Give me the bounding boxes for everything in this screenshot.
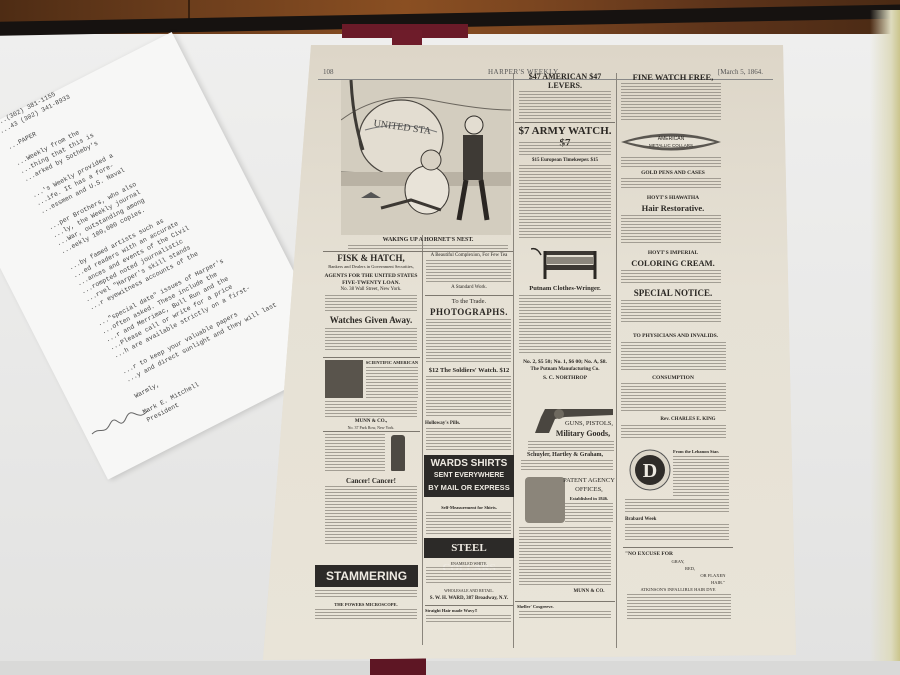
ad-body-text xyxy=(627,594,731,620)
microscope-engraving xyxy=(391,435,405,471)
column-rule xyxy=(513,73,514,648)
clothes-wringer-engraving xyxy=(531,245,601,283)
ad-body-text xyxy=(315,590,417,598)
ad-body-text xyxy=(325,401,417,417)
ad-body-text xyxy=(426,512,511,534)
newspaper-page: 108 HARPER'S WEEKLY. [March 5, 1864. UNI… xyxy=(263,45,796,660)
ad-body-text xyxy=(625,524,729,540)
page-number: 108 xyxy=(323,68,334,76)
column-rule xyxy=(422,235,423,645)
ad-atkinsons-dye: ATKINSON'S INFALLIBLE HAIR DYE xyxy=(625,587,731,592)
ad-military-goods: Military Goods, xyxy=(549,429,617,438)
banner-text: AMERICAN xyxy=(658,136,685,142)
ad-body-text xyxy=(426,260,511,282)
cartoon-caption-text xyxy=(348,245,508,250)
ad-no-excuse-flaxen: OR FLAXEN xyxy=(693,573,733,578)
ad-body-text xyxy=(621,342,726,372)
scientific-american-engraving xyxy=(325,360,363,398)
ad-watches-given-away: Watches Given Away. xyxy=(323,315,419,325)
ad-scientific-american: SCIENTIFIC AMERICAN xyxy=(365,360,419,365)
ad-fisk-hatch-line: FIVE-TWENTY LOAN. xyxy=(323,280,419,286)
ad-body-text xyxy=(625,499,729,513)
ad-wholesale-retail: WHOLESALE AND RETAIL. xyxy=(425,588,513,593)
ad-fisk-hatch-line: AGENTS FOR THE UNITED STATES xyxy=(323,273,419,279)
wards-shirts-heading: WARDS SHIRTS xyxy=(424,458,514,470)
ad-body-text xyxy=(621,300,721,322)
cartoon-illustration: UNITED STA xyxy=(341,80,511,235)
ad-wringer-prices: No. 2, $5 50; No. 1, $6 00; No. A, $8. xyxy=(515,359,615,365)
seal-letter: D xyxy=(643,460,657,482)
ad-brabard-week: Brabard Week xyxy=(625,517,665,522)
ad-body-text xyxy=(426,319,511,363)
wards-shirts-sub: SENT EVERYWHERE xyxy=(424,470,514,482)
ad-soldiers-watch: $12 The Soldiers' Watch. $12 xyxy=(425,367,513,374)
rule xyxy=(425,295,513,296)
cartoon-caption-title: WAKING UP A HORNET'S NEST. xyxy=(348,237,508,243)
ad-to-the-trade: To the Trade. xyxy=(425,298,513,305)
ad-sw-ward: S. W. H. WARD, 387 Broadway, N.Y. xyxy=(425,596,513,601)
ad-fisk-hatch-line: No. 38 Wall Street, New York. xyxy=(323,287,419,292)
ad-body-text xyxy=(565,503,613,523)
ad-stammering: STAMMERING xyxy=(315,565,418,587)
ad-american-levers-sub: LEVERS. xyxy=(515,81,615,90)
ad-holloways-pills: Holloway's Pills. xyxy=(425,421,465,426)
ad-beautiful-complexion: A Beautiful Complexion, For Few Tea xyxy=(425,253,513,258)
ad-body-text xyxy=(519,295,611,355)
ad-body-text xyxy=(315,609,417,619)
ad-fisk-hatch: FISK & HATCH, xyxy=(323,253,419,263)
ad-body-text xyxy=(519,165,611,240)
ad-body-text xyxy=(621,383,726,413)
ad-body-text xyxy=(519,527,611,587)
ad-schuyler-hartley: Schuyler, Hartley & Graham, xyxy=(515,452,615,458)
svg-text:METALLIC COLLARS: METALLIC COLLARS xyxy=(649,143,693,148)
ad-established: Established in 1846. xyxy=(563,496,615,501)
ad-hoyts-imperial: HOYT'S IMPERIAL xyxy=(618,250,728,256)
photo-scene: ...(302) 381-1155...43 (302) 341-8933 ..… xyxy=(0,0,900,675)
ad-no-excuse-gray: GRAY, xyxy=(663,559,693,564)
ad-cancer: Cancer! Cancer! xyxy=(323,477,419,485)
ad-no-excuse: "NO EXCUSE FOR xyxy=(625,551,695,557)
metallic-collars-banner: AMERICAN METALLIC COLLARS xyxy=(619,129,723,155)
ad-wards-shirts: WARDS SHIRTS SENT EVERYWHERE BY MAIL OR … xyxy=(424,455,514,497)
ad-body-text xyxy=(426,567,511,585)
rule xyxy=(623,547,733,548)
ad-body-text xyxy=(519,142,611,156)
mat-bottom-edge xyxy=(0,661,900,675)
patent-agency-engraving xyxy=(525,477,565,523)
ad-fine-watch-free: FINE WATCH FREE, xyxy=(618,72,728,82)
ad-guns-pistols: GUNS, PISTOLS, xyxy=(563,420,615,427)
ad-straight-hair: Straight Hair made Wavy!! xyxy=(425,608,485,613)
ad-physicians-invalids: TO PHYSICIANS AND INVALIDS. xyxy=(618,333,733,339)
ad-patent-agency: PATENT AGENCY xyxy=(563,477,615,484)
mat-right-edge xyxy=(870,10,900,675)
ad-microscope-text xyxy=(325,434,385,472)
ad-body-text xyxy=(426,615,511,623)
ad-body-text xyxy=(621,425,726,439)
ad-enameled-white: ENAMELED WHITE. xyxy=(425,561,513,566)
ad-body-text xyxy=(521,460,613,472)
seal-d-emblem: D xyxy=(629,449,671,491)
ad-special-notice: SPECIAL NOTICE. xyxy=(618,288,728,298)
signature-scribble xyxy=(90,408,150,438)
ad-body-text xyxy=(325,295,417,311)
ad-body-text xyxy=(673,456,729,496)
ad-body-text xyxy=(519,91,611,119)
ad-body-text xyxy=(325,486,417,544)
ad-body-text xyxy=(426,428,511,450)
ad-powers-microscope: THE POWERS MICROSCOPE. xyxy=(315,602,417,607)
wards-shirts-extra: BY MAIL OR EXPRESS xyxy=(424,482,514,494)
ad-body-text xyxy=(519,611,611,619)
ad-american-levers: $47 AMERICAN $47 xyxy=(515,72,615,81)
ad-body-text xyxy=(366,367,418,399)
ad-standard-work: A Standard Work. xyxy=(425,285,513,290)
column-rule xyxy=(616,73,617,648)
rule xyxy=(515,601,615,602)
ad-coloring-cream: COLORING CREAM. xyxy=(618,258,728,268)
ad-photographs: PHOTOGRAPHS. xyxy=(425,307,513,317)
ad-munn-co-address: No. 37 Park Row, New York. xyxy=(323,425,419,430)
ad-steel-collars: STEEL COLLARS xyxy=(424,538,514,558)
ad-no-excuse-red: RED, xyxy=(675,566,705,571)
ad-consumption: CONSUMPTION xyxy=(633,375,713,381)
ad-putnam-co: The Putnam Manufacturing Co. xyxy=(515,367,615,372)
ad-self-measurement: Self-Measurement for Shirts. xyxy=(425,505,513,510)
ad-sheller: Sheller' Cosgreeve. xyxy=(517,604,567,609)
ad-no-excuse-hair: HAIR." xyxy=(703,580,733,585)
ad-body-text xyxy=(621,83,721,121)
rule xyxy=(323,431,420,432)
ad-gold-pens: GOLD PENS AND CASES xyxy=(618,170,728,176)
ad-body-text xyxy=(325,328,417,352)
ad-munn-co-2: MUNN & CO. xyxy=(563,589,615,594)
ad-body-text xyxy=(621,215,721,245)
ad-munn-co: MUNN & CO., xyxy=(323,419,419,424)
ad-european-timekeeper: $15 European Timekeeper. $15 xyxy=(515,158,615,163)
ad-sc-northrop: S. C. NORTHROP xyxy=(515,375,615,381)
rule xyxy=(515,122,615,123)
ad-hair-restorative: Hair Restorative. xyxy=(618,203,728,213)
ad-fisk-hatch-sub: Bankers and Dealers in Government Securi… xyxy=(323,264,419,269)
ad-body-text xyxy=(621,157,721,167)
ad-body-text xyxy=(426,376,511,416)
ad-body-text xyxy=(528,441,614,451)
rule xyxy=(323,357,420,358)
ad-body-text xyxy=(621,270,721,284)
ad-charles-king: Rev. CHARLES E. KING xyxy=(643,417,733,422)
rule xyxy=(323,251,513,252)
ad-patent-offices: OFFICES, xyxy=(563,486,615,493)
ad-lebanon-star: From the Lebanon Star. xyxy=(673,449,733,454)
ad-body-text xyxy=(621,178,721,190)
ad-hoyts-hiawatha: HOYT'S HIAWATHA xyxy=(618,195,728,201)
ad-putnam-wringer: Putnam Clothes-Wringer. xyxy=(515,285,615,292)
rule xyxy=(425,605,513,606)
